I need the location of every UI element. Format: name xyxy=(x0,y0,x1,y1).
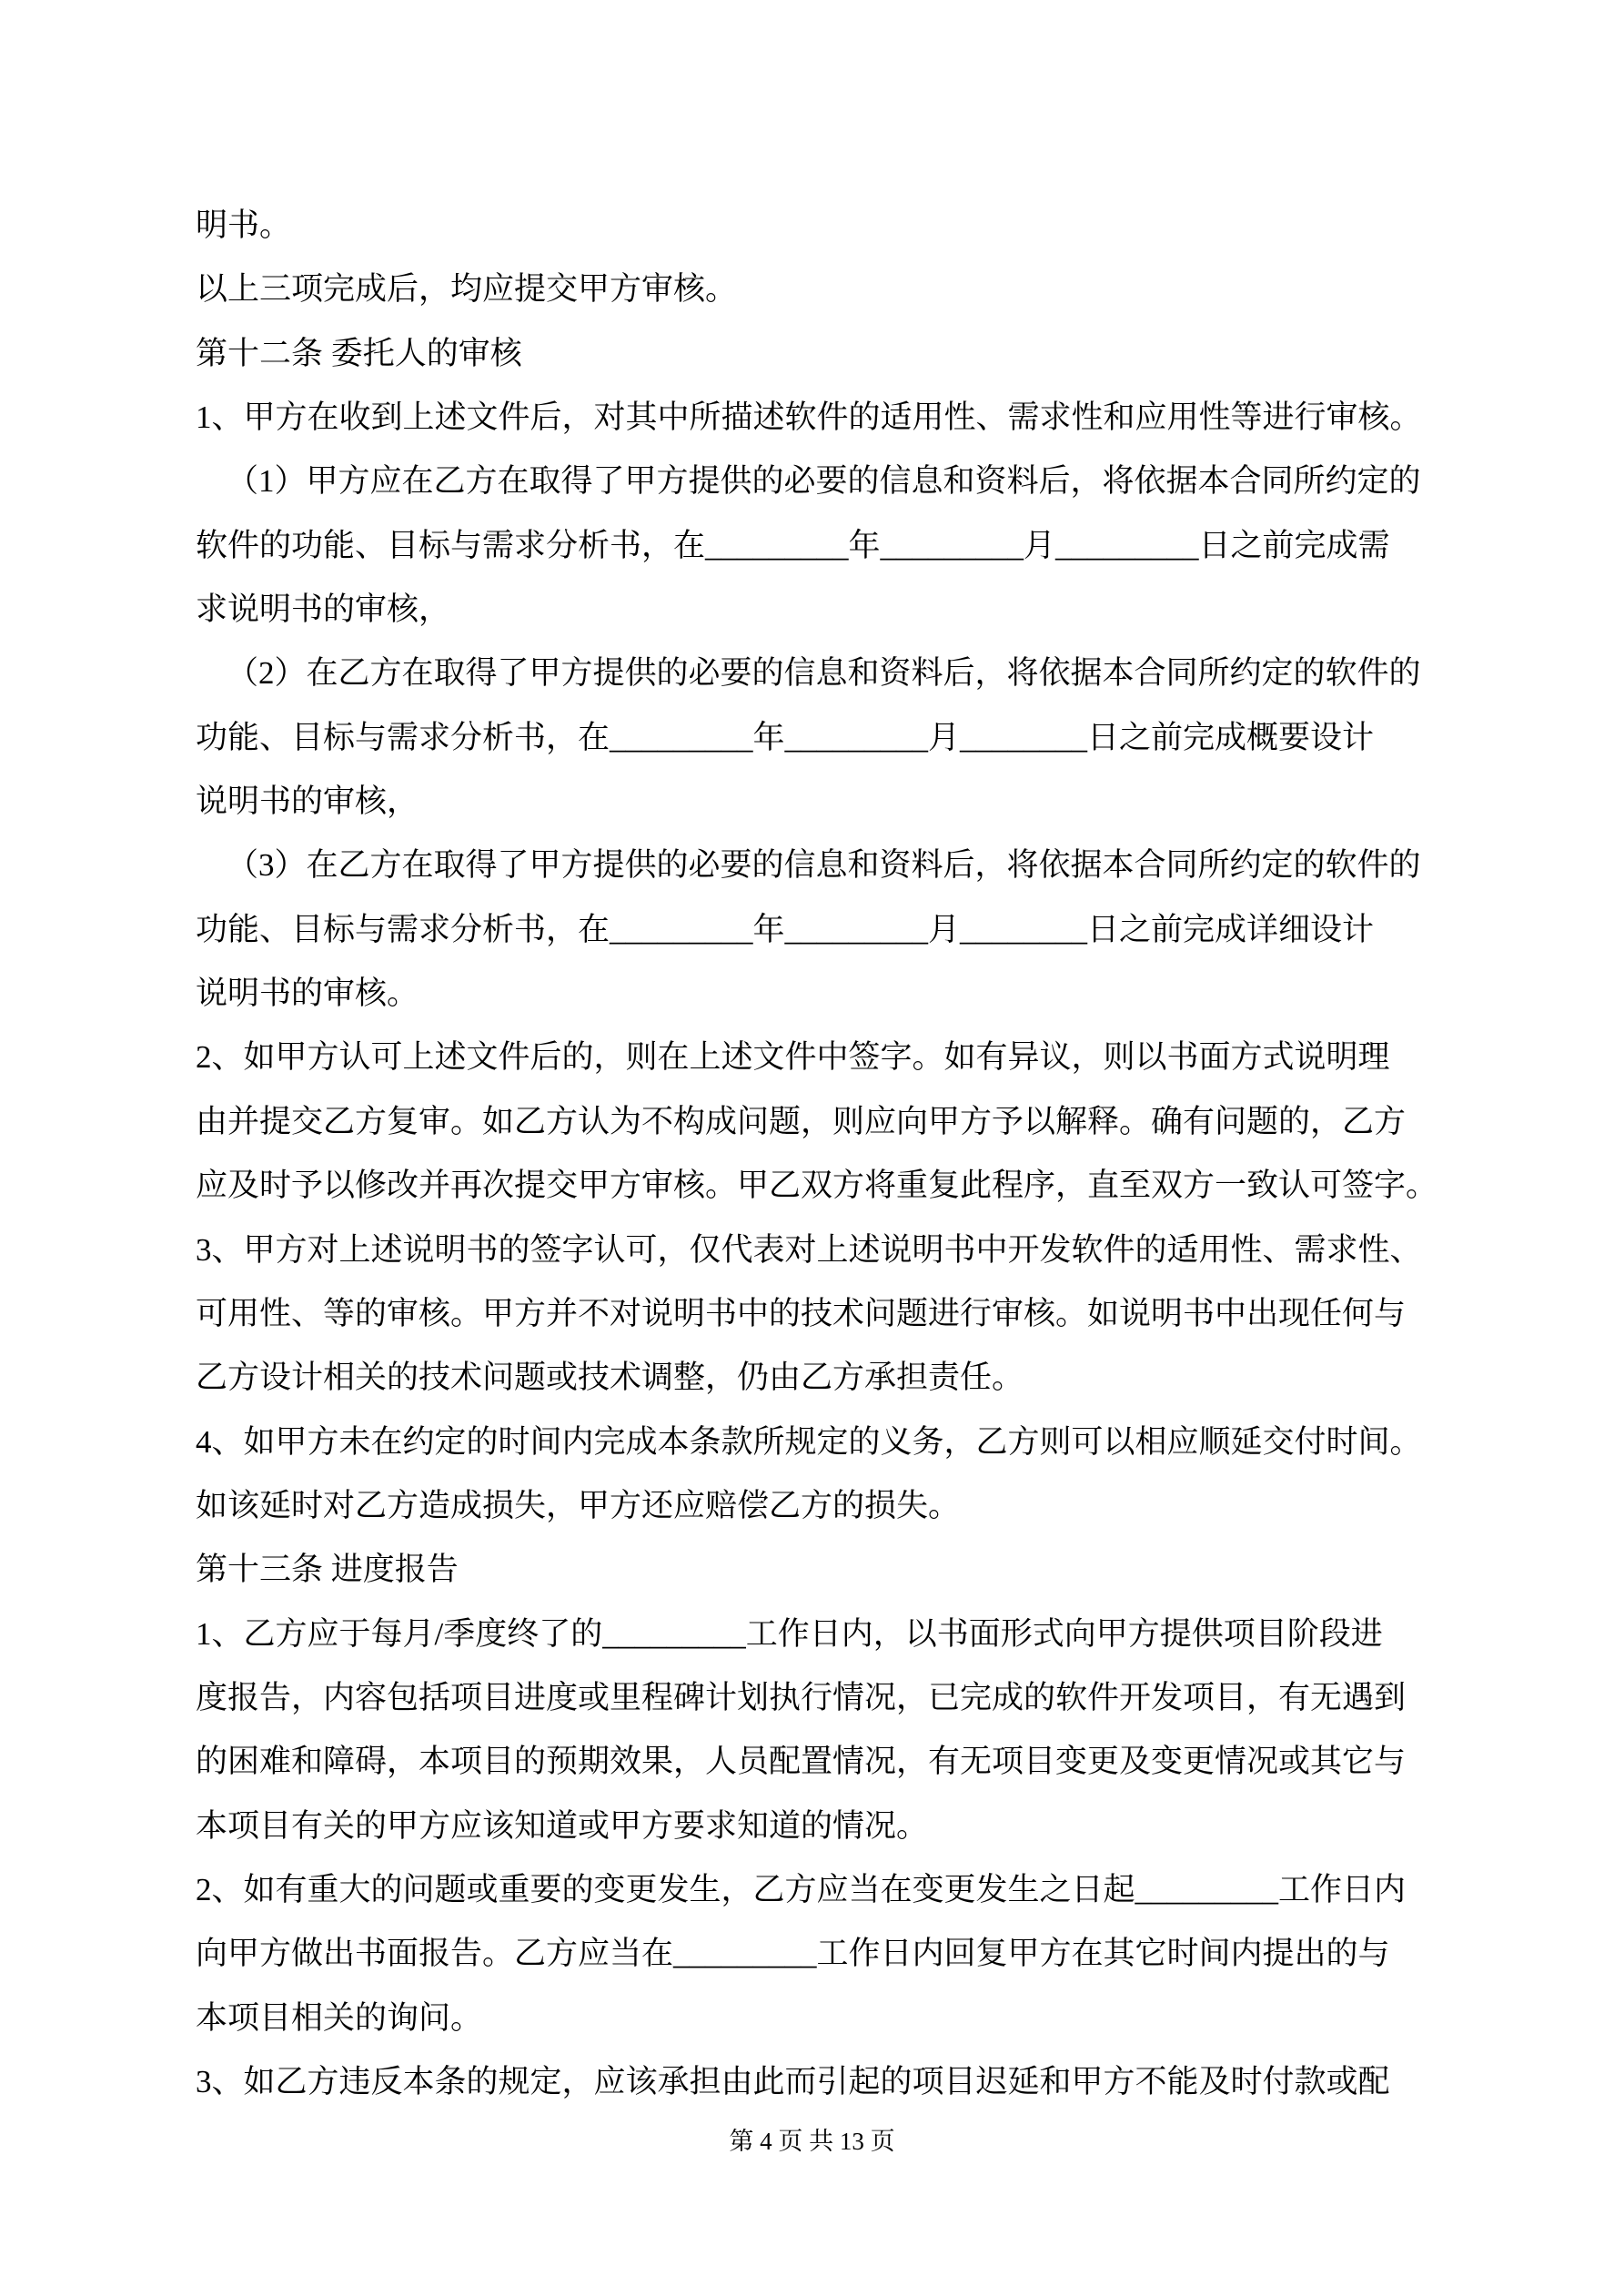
text-line: 求说明书的审核， xyxy=(196,578,1451,642)
text-line-with-blanks: 软件的功能、目标与需求分析书，在_________年_________月____… xyxy=(196,514,1451,578)
text-line: 由并提交乙方复审。如乙方认为不构成问题，则应向甲方予以解释。确有问题的，乙方 xyxy=(196,1090,1451,1154)
text-line: 3、甲方对上述说明书的签字认可，仅代表对上述说明书中开发软件的适用性、需求性、 xyxy=(196,1219,1451,1282)
section-heading-article-12: 第十二条 委托人的审核 xyxy=(196,322,1451,386)
text-line: 度报告，内容包括项目进度或里程碑计划执行情况，已完成的软件开发项目，有无遇到 xyxy=(196,1666,1451,1730)
text-line: 2、如甲方认可上述文件后的，则在上述文件中签字。如有异议，则以书面方式说明理 xyxy=(196,1026,1451,1089)
text-line: 4、如甲方未在约定的时间内完成本条款所规定的义务，乙方则可以相应顺延交付时间。 xyxy=(196,1411,1451,1474)
text-line: （1）甲方应在乙方在取得了甲方提供的必要的信息和资料后，将依据本合同所约定的 xyxy=(196,450,1451,513)
text-line: 明书。 xyxy=(196,194,1451,258)
page-footer: 第 4 页 共 13 页 xyxy=(0,2128,1624,2155)
section-heading-article-13: 第十三条 进度报告 xyxy=(196,1538,1451,1602)
text-line-with-blanks: 功能、目标与需求分析书，在_________年_________月_______… xyxy=(196,706,1451,770)
text-line: （3）在乙方在取得了甲方提供的必要的信息和资料后，将依据本合同所约定的软件的 xyxy=(196,834,1451,897)
text-line: 的困难和障碍，本项目的预期效果，人员配置情况，有无项目变更及变更情况或其它与 xyxy=(196,1730,1451,1794)
text-line: 应及时予以修改并再次提交甲方审核。甲乙双方将重复此程序，直至双方一致认可签字。 xyxy=(196,1154,1451,1218)
text-line: 以上三项完成后，均应提交甲方审核。 xyxy=(196,258,1451,321)
text-line: 3、如乙方违反本条的规定，应该承担由此而引起的项目迟延和甲方不能及时付款或配 xyxy=(196,2050,1451,2114)
document-page: 明书。 以上三项完成后，均应提交甲方审核。 第十二条 委托人的审核 1、甲方在收… xyxy=(0,0,1624,2296)
text-line: 乙方设计相关的技术问题或技术调整，仍由乙方承担责任。 xyxy=(196,1346,1451,1410)
text-line: 说明书的审核。 xyxy=(196,962,1451,1026)
text-line: 1、甲方在收到上述文件后，对其中所描述软件的适用性、需求性和应用性等进行审核。 xyxy=(196,386,1451,450)
text-line: 如该延时对乙方造成损失，甲方还应赔偿乙方的损失。 xyxy=(196,1474,1451,1538)
text-line: 说明书的审核， xyxy=(196,770,1451,834)
text-line-with-blanks: 向甲方做出书面报告。乙方应当在_________工作日内回复甲方在其它时间内提出… xyxy=(196,1922,1451,1986)
contract-text-block: 明书。 以上三项完成后，均应提交甲方审核。 第十二条 委托人的审核 1、甲方在收… xyxy=(196,194,1451,2114)
text-line: （2）在乙方在取得了甲方提供的必要的信息和资料后，将依据本合同所约定的软件的 xyxy=(196,642,1451,705)
text-line: 可用性、等的审核。甲方并不对说明书中的技术问题进行审核。如说明书中出现任何与 xyxy=(196,1282,1451,1346)
text-line-with-blanks: 功能、目标与需求分析书，在_________年_________月_______… xyxy=(196,898,1451,962)
text-line: 本项目相关的询问。 xyxy=(196,1987,1451,2050)
text-line-with-blanks: 2、如有重大的问题或重要的变更发生，乙方应当在变更发生之日起_________工… xyxy=(196,1858,1451,1922)
text-line-with-blanks: 1、乙方应于每月/季度终了的_________工作日内，以书面形式向甲方提供项目… xyxy=(196,1603,1451,1666)
text-line: 本项目有关的甲方应该知道或甲方要求知道的情况。 xyxy=(196,1795,1451,1858)
